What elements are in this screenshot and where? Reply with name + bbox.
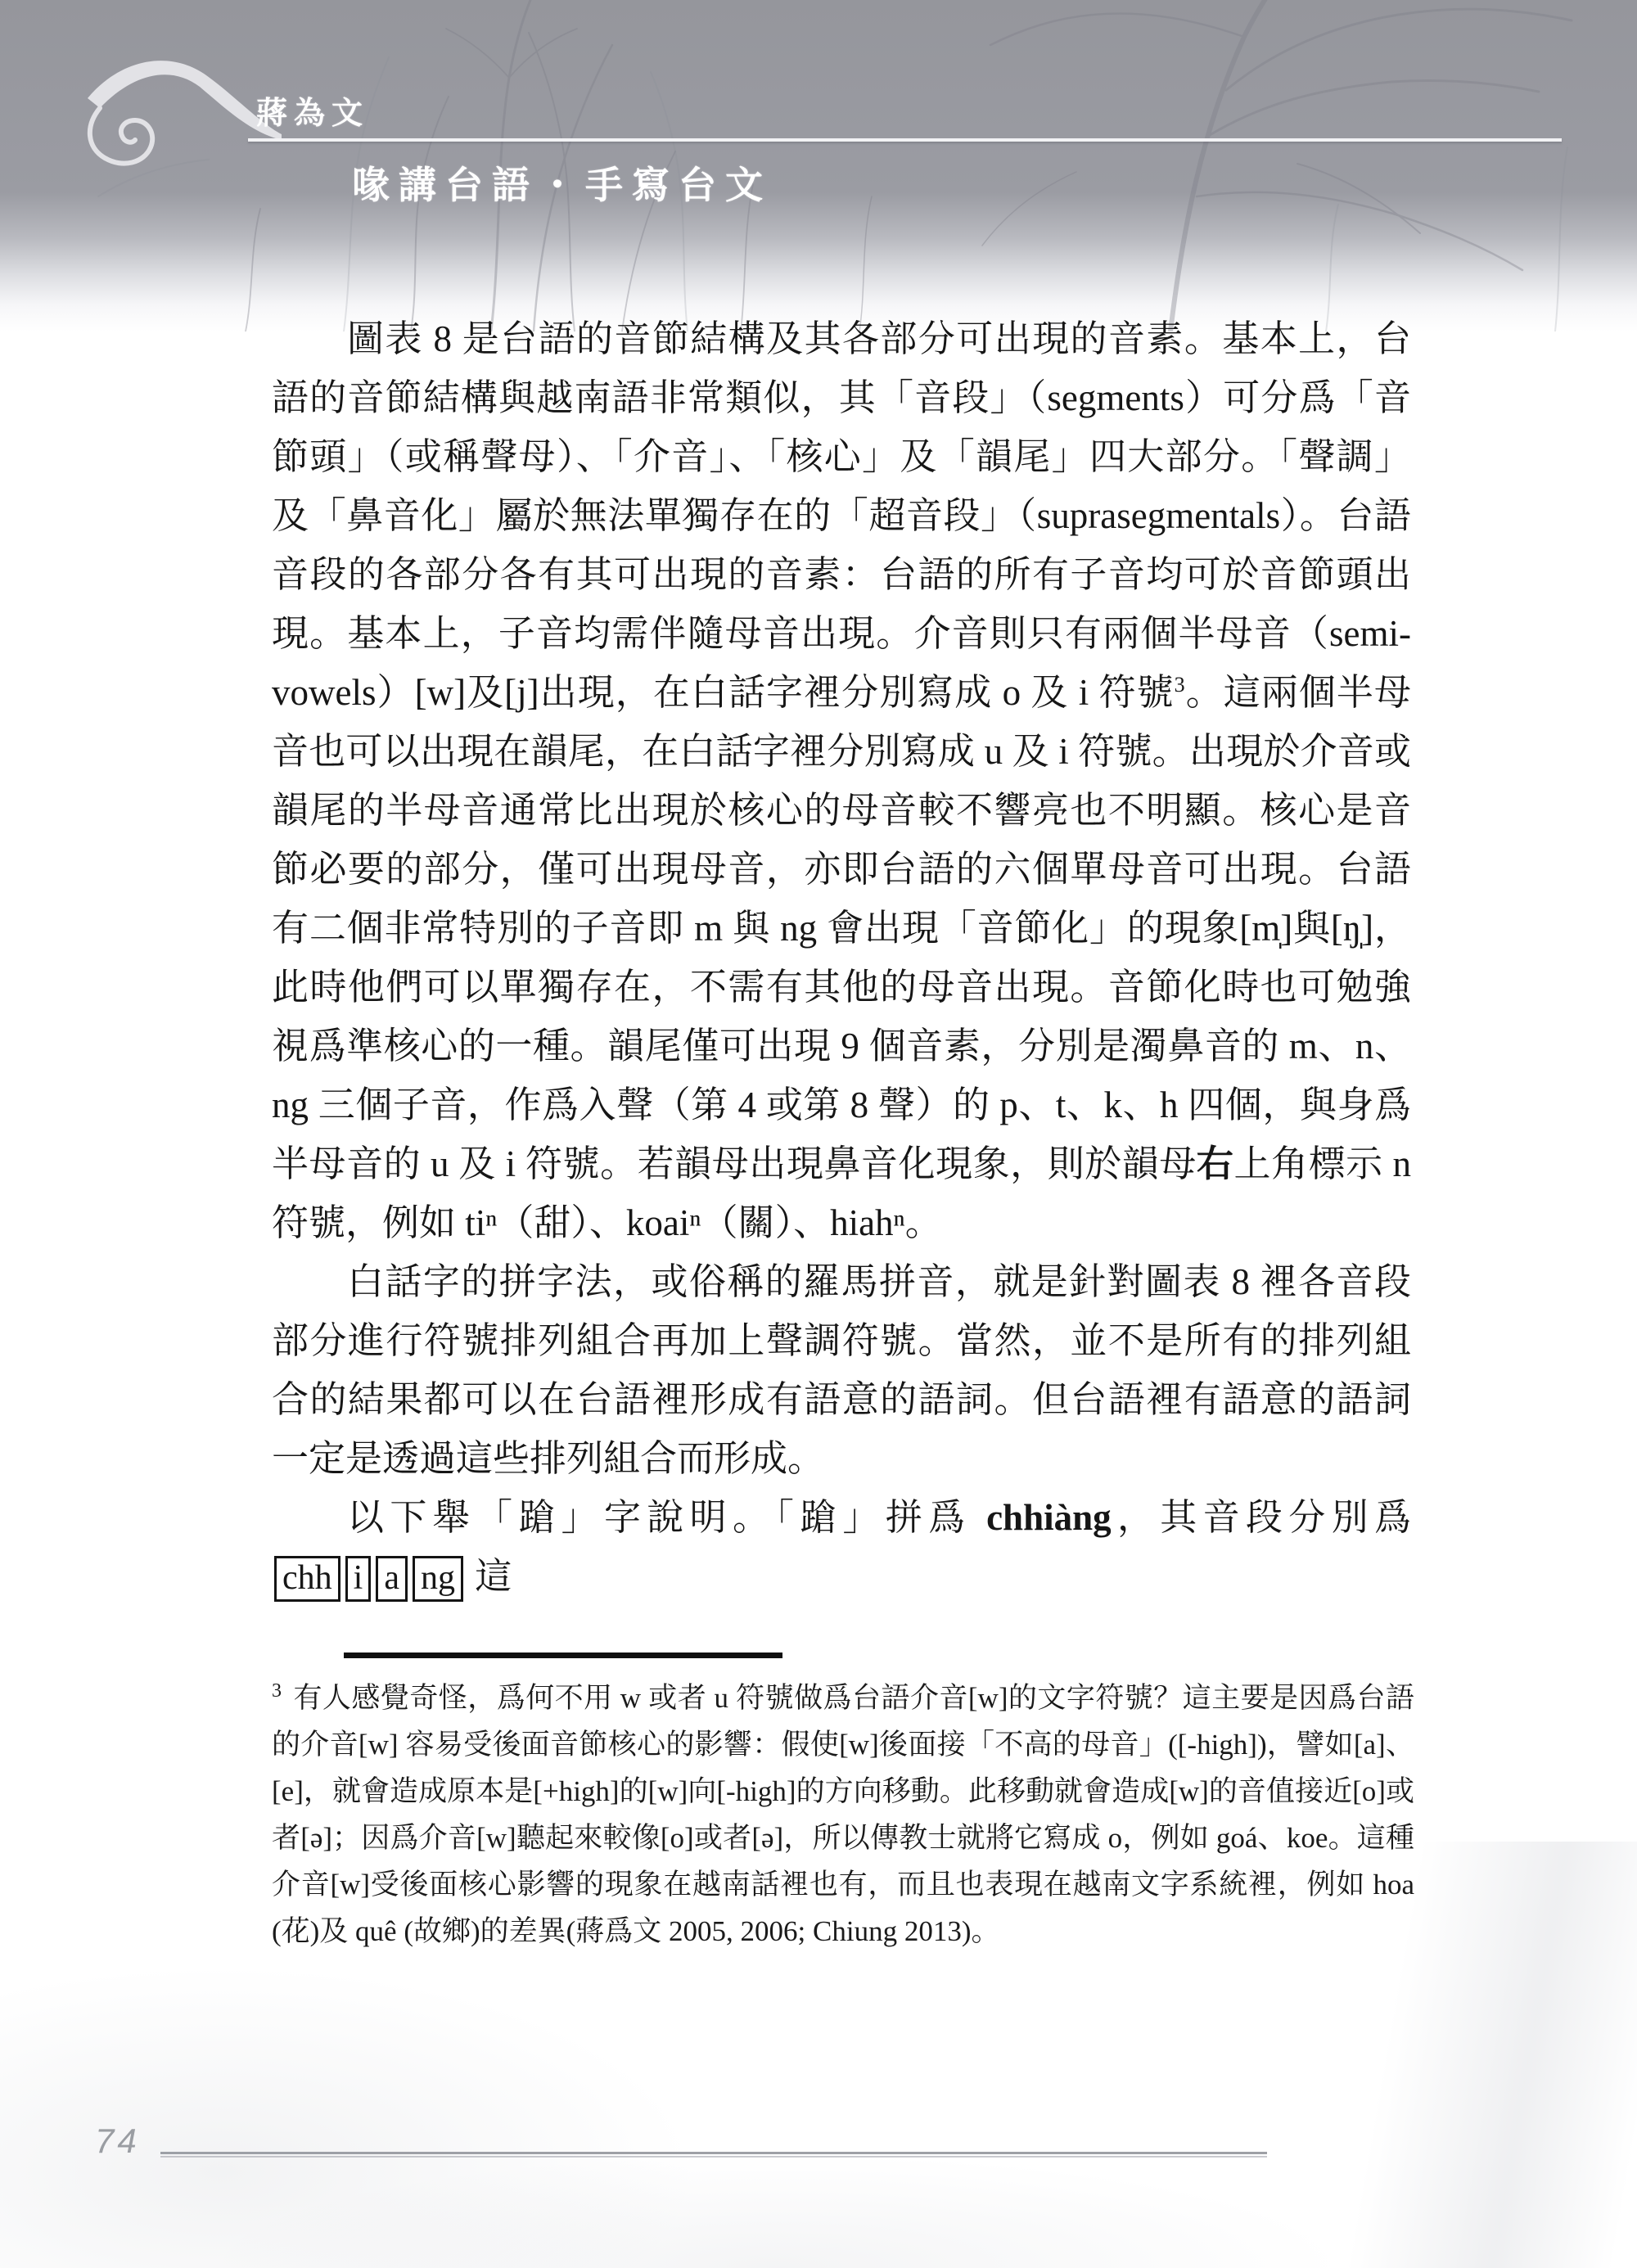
book-page: 蔣為文 喙講台語・手寫台文 圖表 8 是台語的音節結構及其各部分可出現的音素。基… — [0, 0, 1637, 2268]
swirl-flourish-icon — [75, 43, 284, 174]
paragraph-pehoeji-spelling: 白話字的拼字法，或俗稱的羅馬拼音，就是針對圖表 8 裡各音段部分進行符號排列組合… — [272, 1252, 1411, 1488]
header-band: 蔣為文 喙講台語・手寫台文 — [0, 0, 1637, 331]
romanization-chhiang: chhiàng — [986, 1497, 1112, 1538]
footnote-marker: 3 — [272, 1680, 282, 1702]
body-text: 圖表 8 是台語的音節結構及其各部分可出現的音素。基本上，台語的音節結構與越南語… — [272, 309, 1411, 1607]
footnote-divider — [344, 1653, 782, 1658]
header-rule — [248, 138, 1562, 142]
footnote-reference: 3 — [1175, 673, 1185, 697]
paragraph-text: 白話字的拼字法，或俗稱的羅馬拼音，就是針對圖表 8 裡各音段部分進行符號排列組合… — [272, 1261, 1411, 1479]
syllable-segment-coda-box: ng — [413, 1556, 463, 1602]
paragraph-syllable-structure: 圖表 8 是台語的音節結構及其各部分可出現的音素。基本上，台語的音節結構與越南語… — [272, 309, 1411, 1252]
header-book-title: 喙講台語・手寫台文 — [352, 156, 772, 210]
syllable-segment-nucleus-box: a — [376, 1556, 408, 1602]
syllable-segment-onset-box: chh — [274, 1556, 340, 1602]
header-author: 蔣為文 — [256, 88, 369, 133]
emphasized-character: 右 — [1197, 1143, 1234, 1184]
syllable-segment-medial-box: i — [345, 1556, 372, 1602]
paragraph-text: 圖表 8 是台語的音節結構及其各部分可出現的音素。基本上，台語的音節結構與越南語… — [272, 318, 1411, 713]
paragraph-text: 。這兩個半母音也可以出現在韻尾，在白話字裡分別寫成 u 及 i 符號。出現於介音… — [272, 672, 1411, 1184]
paragraph-text: ，其音段分別爲 — [1112, 1497, 1411, 1538]
paragraph-text: 這 — [466, 1556, 512, 1597]
paragraph-chhiang-example: 以下舉「蹌」字說明。「蹌」拼爲 chhiàng，其音段分別爲 chhiang 這 — [272, 1488, 1411, 1607]
paragraph-text: 以下舉「蹌」字說明。「蹌」拼爲 — [347, 1497, 986, 1538]
background-texture — [205, 2153, 1351, 2268]
